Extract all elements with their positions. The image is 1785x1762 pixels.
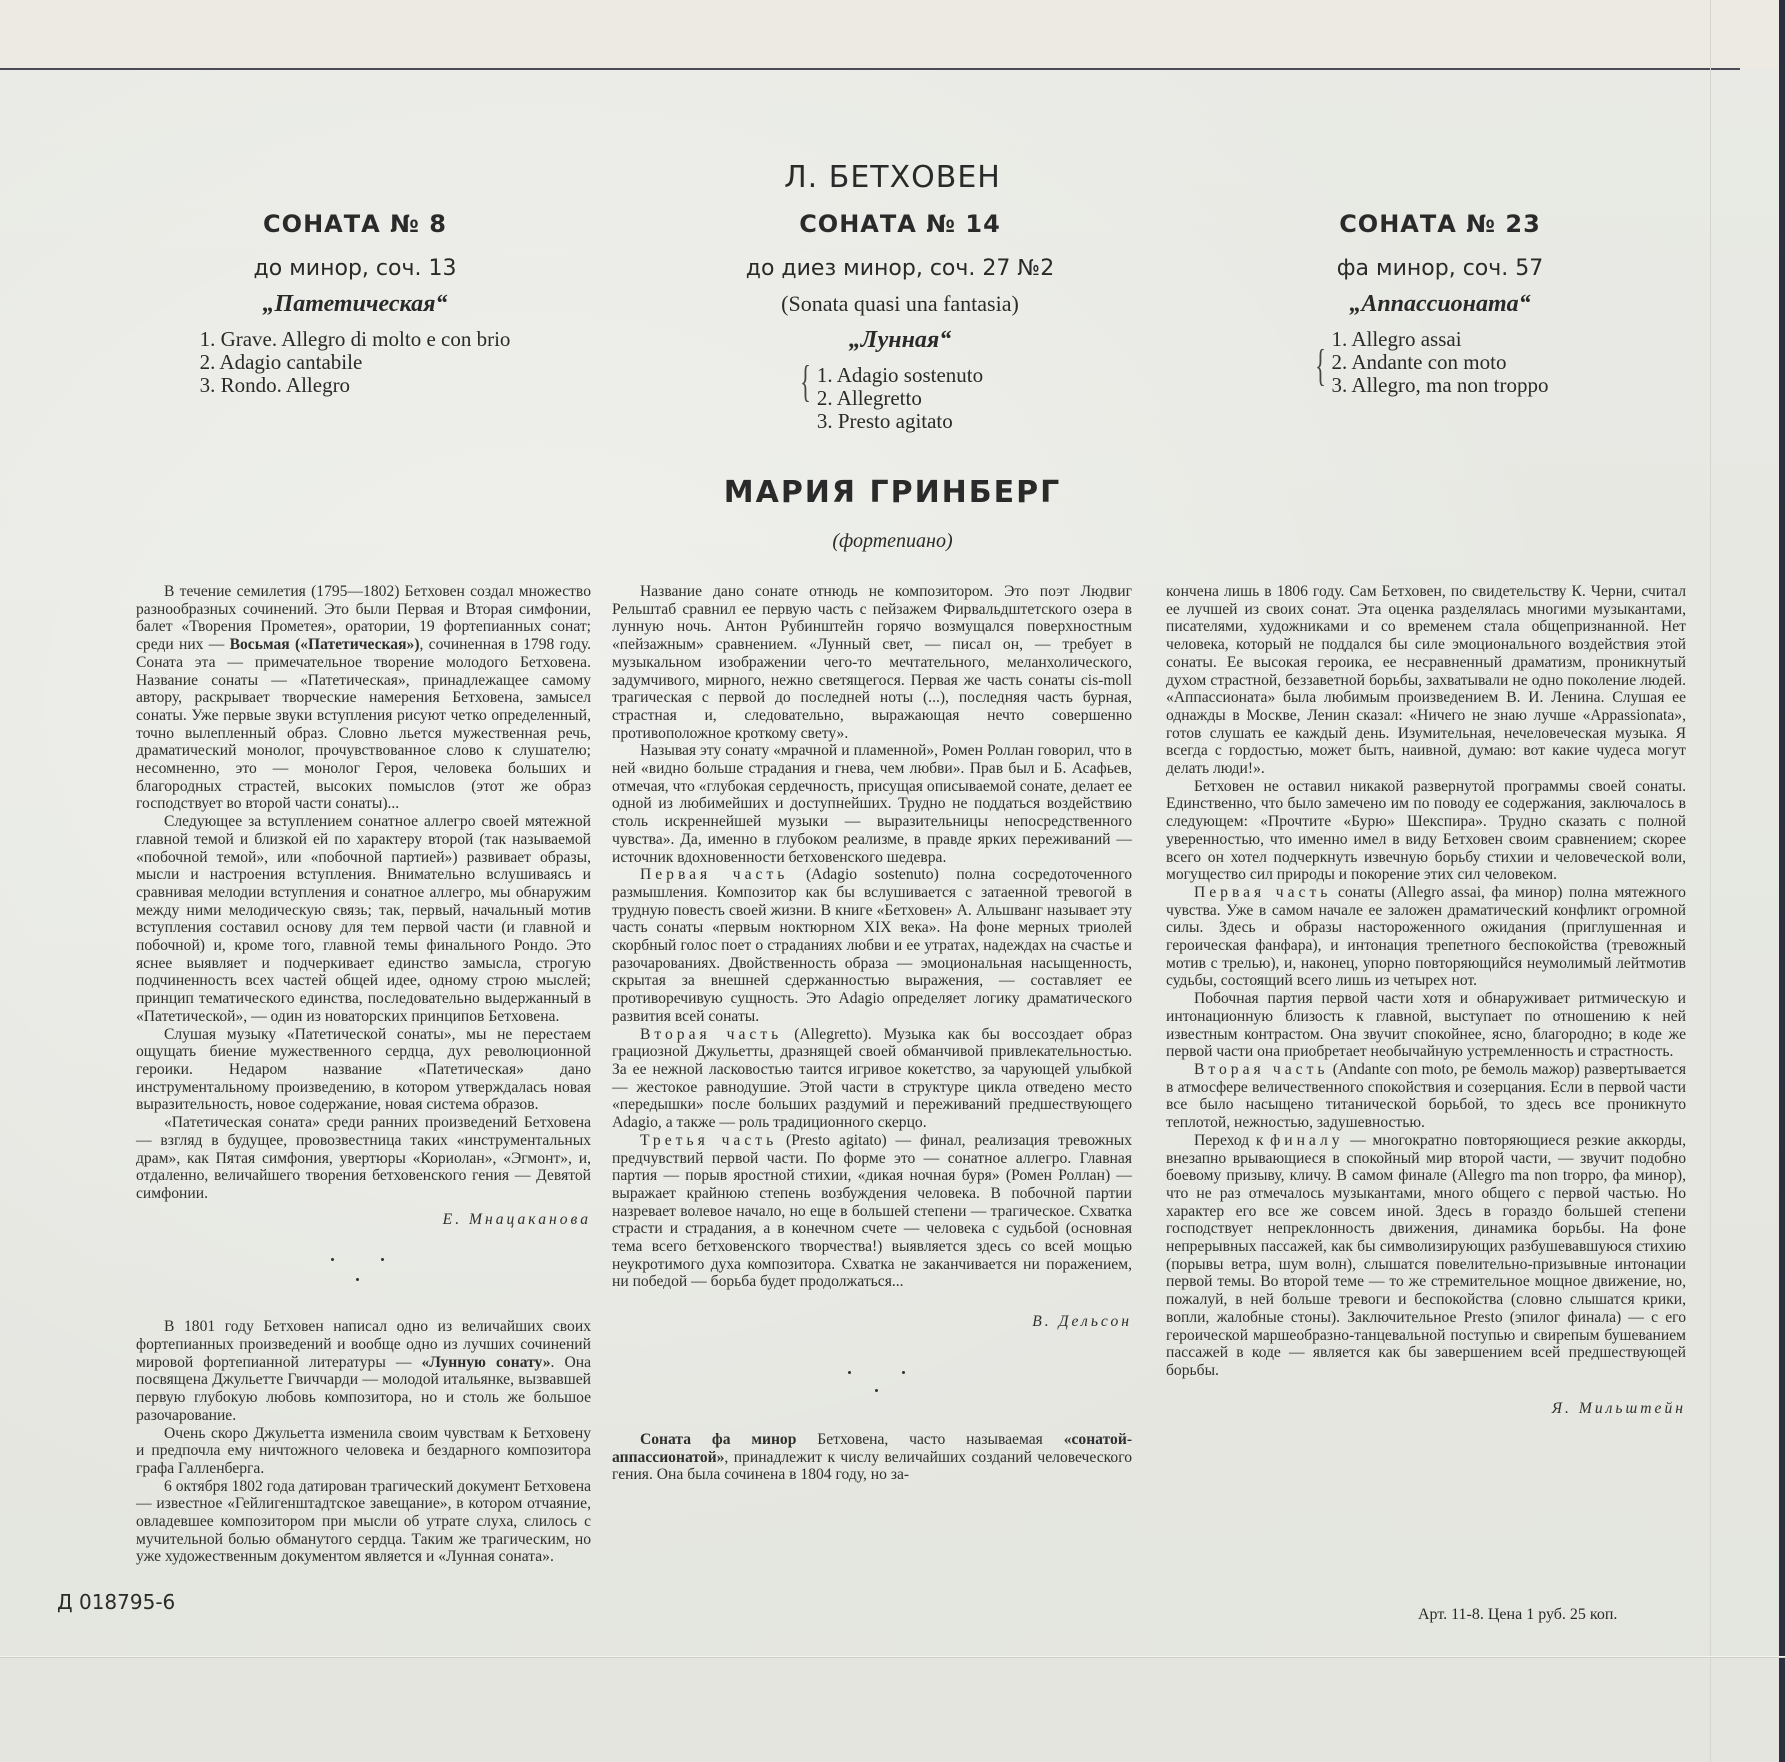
author-signature: В. Дельсон [612,1313,1132,1331]
brace-icon: { [1315,344,1326,388]
performer-name: МАРИЯ ГРИНБЕРГ [0,475,1785,510]
paragraph: Бетховен не оставил никакой развернутой … [1166,778,1686,884]
essay-column-1: В течение семилетия (1795—1802) Бетховен… [136,583,591,1566]
sonata-key: до диез минор, соч. 27 №2 [690,256,1110,281]
sleeve-right-flap [1710,0,1779,1762]
sonata-nickname: „Патетическая“ [190,291,520,318]
fold-crease [0,1656,1785,1657]
sonata-23-block: СОНАТА № 23 фа минор, соч. 57 „Аппассион… [1240,210,1640,397]
sleeve-seam-line [0,68,1740,70]
movement-item: 3. Allegro, ma non troppo [1332,374,1549,397]
movement-item: 1. Allegro assai [1332,328,1549,351]
paragraph: Вторая часть (Andante con moto, ре бемол… [1166,1061,1686,1132]
movement-item: 1. Adagio sostenuto [817,364,983,387]
paragraph: Вторая часть (Allegretto). Музыка как бы… [612,1026,1132,1132]
sonata-subtitle: (Sonata quasi una fantasia) [690,291,1110,317]
catalog-number: Д 018795-6 [57,1590,175,1614]
author-signature: Я. Мильштейн [1166,1400,1686,1418]
movement-item: 3. Rondo. Allegro [200,374,511,397]
paragraph: 6 октября 1802 года датирован трагически… [136,1478,591,1567]
movement-item: 2. Adagio cantabile [200,351,511,374]
sonata-14-block: СОНАТА № 14 до диез минор, соч. 27 №2 (S… [690,210,1110,433]
sonata-nickname: „Аппассионата“ [1240,291,1640,318]
brace-icon: { [800,360,811,404]
price-label: Арт. 11-8. Цена 1 руб. 25 коп. [1418,1606,1617,1624]
essay-column-3: кончена лишь в 1806 году. Сам Бетховен, … [1166,583,1686,1417]
movement-list: { 1. Allegro assai 2. Andante con moto 3… [1332,328,1549,397]
composer-name: Л. БЕТХОВЕН [0,160,1785,195]
sonata-title: СОНАТА № 14 [690,210,1110,238]
paragraph: Называя эту сонату «мрачной и пламенной»… [612,742,1132,866]
movement-item: 1. Grave. Allegro di molto e con brio [200,328,511,351]
sleeve-top-edge [0,0,1785,70]
paragraph: В 1801 году Бетховен написал одно из вел… [136,1318,591,1424]
paragraph: Название дано сонате отнюдь не композито… [612,583,1132,742]
essay-column-2: Название дано сонате отнюдь не композито… [612,583,1132,1484]
paragraph: Следующее за вступлением сонатное аллегр… [136,813,591,1025]
section-divider [612,1331,1132,1411]
paragraph: В течение семилетия (1795—1802) Бетховен… [136,583,591,813]
paragraph: Соната фа минор Бетховена, часто называе… [612,1431,1132,1484]
paragraph: Первая часть сонаты (Allegro assai, фа м… [1166,884,1686,990]
sonata-title: СОНАТА № 23 [1240,210,1640,238]
sonata-key: до минор, соч. 13 [190,256,520,281]
sleeve-right-edge [1779,0,1785,1762]
paragraph: «Патетическая соната» среди ранних произ… [136,1114,591,1203]
sonata-title: СОНАТА № 8 [190,210,520,238]
author-signature: Е. Мнацаканова [136,1211,591,1229]
sonata-8-block: СОНАТА № 8 до минор, соч. 13 „Патетическ… [190,210,520,397]
paragraph: кончена лишь в 1806 году. Сам Бетховен, … [1166,583,1686,778]
paragraph: Переход к финалу — многократно повторяющ… [1166,1132,1686,1380]
paragraph: Очень скоро Джульетта изменила своим чув… [136,1425,591,1478]
movement-list: 1. Grave. Allegro di molto e con brio 2.… [200,328,511,397]
movement-list: { 1. Adagio sostenuto 2. Allegretto 3. P… [817,364,983,433]
performer-instrument: (фортепиано) [0,530,1785,553]
paragraph: Первая часть (Adagio sostenuto) полна со… [612,866,1132,1025]
record-sleeve-back: Л. БЕТХОВЕН СОНАТА № 8 до минор, соч. 13… [0,0,1785,1762]
section-divider [136,1228,591,1288]
sonata-nickname: „Лунная“ [690,327,1110,354]
paragraph: Побочная партия первой части хотя и обна… [1166,990,1686,1061]
paragraph: Слушая музыку «Патетической сонаты», мы … [136,1026,591,1115]
movement-item: 3. Presto agitato [817,410,983,433]
sonata-key: фа минор, соч. 57 [1240,256,1640,281]
movement-item: 2. Andante con moto [1332,351,1549,374]
movement-item: 2. Allegretto [817,387,983,410]
paragraph: Третья часть (Presto agitato) — финал, р… [612,1132,1132,1291]
